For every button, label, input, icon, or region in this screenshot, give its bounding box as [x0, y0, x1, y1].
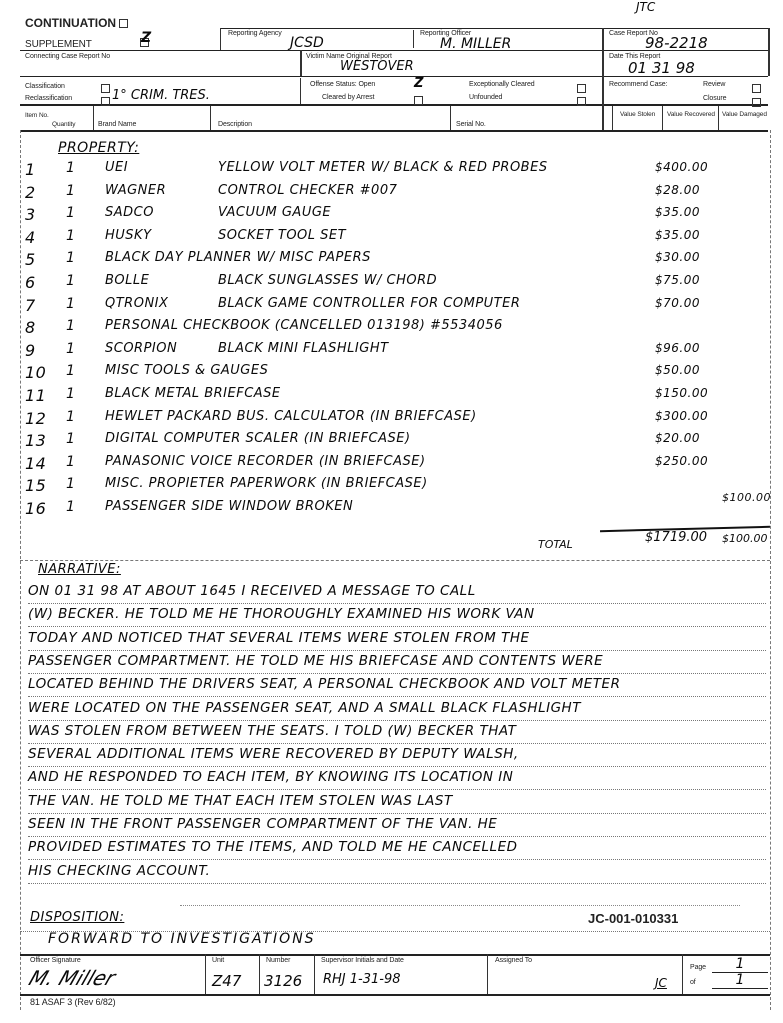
- continuation-label: CONTINUATION: [25, 16, 128, 30]
- narrative-line: THE VAN. HE TOLD ME THAT EACH ITEM STOLE…: [28, 790, 766, 814]
- exceptionally-cleared-label: Exceptionally Cleared: [469, 81, 535, 88]
- property-row: 161PASSENGER SIDE WINDOW BROKEN$100.00: [0, 499, 783, 521]
- narrative-line: WERE LOCATED ON THE PASSENGER SEAT, AND …: [28, 697, 766, 721]
- page-label: Page: [690, 964, 706, 971]
- reporting-agency-value: JCSD: [290, 35, 324, 51]
- item-value-stolen: $20.00: [655, 431, 700, 445]
- item-description: DIGITAL COMPUTER SCALER (IN BRIEFCASE): [105, 431, 411, 446]
- col-serial-no: Serial No.: [456, 121, 486, 128]
- item-description: YELLOW VOLT METER W/ BLACK & RED PROBES: [218, 160, 548, 175]
- item-brand: HUSKY: [105, 228, 152, 243]
- property-row: 121HEWLET PACKARD BUS. CALCULATOR (IN BR…: [0, 409, 783, 431]
- col-value-stolen: Value Stolen: [620, 111, 660, 119]
- item-quantity: 1: [66, 296, 75, 312]
- item-value-stolen: $150.00: [655, 386, 708, 400]
- reclassification-label: Reclassification: [25, 95, 72, 102]
- col-quantity: Quantity: [52, 121, 75, 128]
- item-value-damaged: $100.00: [722, 491, 771, 504]
- item-number: 1: [25, 160, 36, 179]
- item-quantity: 1: [66, 431, 75, 447]
- narrative-line: TODAY AND NOTICED THAT SEVERAL ITEMS WER…: [28, 627, 766, 651]
- item-number: 8: [25, 318, 36, 337]
- narrative-line: PROVIDED ESTIMATES TO THE ITEMS, AND TOL…: [28, 836, 766, 860]
- item-value-stolen: $28.00: [655, 183, 700, 197]
- item-value-stolen: $96.00: [655, 341, 700, 355]
- narrative-line: ON 01 31 98 AT ABOUT 1645 I RECEIVED A M…: [28, 580, 766, 604]
- review-label: Review: [703, 81, 725, 88]
- number-value: 3126: [264, 972, 302, 990]
- total-label: TOTAL: [538, 538, 573, 551]
- reporting-agency-label: Reporting Agency: [228, 30, 282, 37]
- item-number: 4: [25, 228, 36, 247]
- property-row: 101MISC TOOLS & GAUGES$50.00: [0, 363, 783, 385]
- item-value-stolen: $70.00: [655, 296, 700, 310]
- property-row: 21WAGNERCONTROL CHECKER #007$28.00: [0, 183, 783, 205]
- col-value-damaged: Value Damaged: [722, 111, 767, 119]
- item-description: CONTROL CHECKER #007: [218, 183, 397, 198]
- narrative-line: (W) BECKER. HE TOLD ME HE THOROUGHLY EXA…: [28, 603, 766, 627]
- disposition-heading: DISPOSITION:: [30, 910, 124, 925]
- item-description: PERSONAL CHECKBOOK (CANCELLED 013198) #5…: [105, 318, 503, 333]
- narrative-line: LOCATED BEHIND THE DRIVERS SEAT, A PERSO…: [28, 673, 766, 697]
- item-quantity: 1: [66, 454, 75, 470]
- classification-label: Classification: [25, 83, 65, 90]
- item-number: 5: [25, 250, 36, 269]
- supervisor-value: RHJ 1-31-98: [323, 972, 401, 987]
- narrative-line: SEEN IN THE FRONT PASSENGER COMPARTMENT …: [28, 813, 766, 837]
- assigned-to-label: Assigned To: [495, 957, 532, 964]
- page-value: 1: [712, 956, 768, 973]
- item-description: VACUUM GAUGE: [218, 205, 331, 220]
- property-row: 11UEIYELLOW VOLT METER W/ BLACK & RED PR…: [0, 160, 783, 182]
- item-value-stolen: $35.00: [655, 205, 700, 219]
- property-row: 151MISC. PROPIETER PAPERWORK (IN BRIEFCA…: [0, 476, 783, 498]
- item-value-stolen: $75.00: [655, 273, 700, 287]
- col-item-no: Item No.: [25, 112, 65, 120]
- item-number: 11: [25, 386, 46, 405]
- item-number: 12: [25, 409, 46, 428]
- item-number: 3: [25, 205, 36, 224]
- unfounded-label: Unfounded: [469, 94, 502, 101]
- offense-status-open-mark[interactable]: Z: [414, 76, 423, 91]
- item-number: 10: [25, 363, 46, 382]
- officer-signature-label: Officer Signature: [30, 957, 81, 964]
- item-value-stolen: $300.00: [655, 409, 708, 423]
- item-quantity: 1: [66, 499, 75, 515]
- item-quantity: 1: [66, 228, 75, 244]
- offense-status-open-label: Offense Status: Open: [310, 81, 375, 88]
- item-brand: QTRONIX: [105, 296, 168, 311]
- item-description: MISC. PROPIETER PAPERWORK (IN BRIEFCASE): [105, 476, 428, 491]
- item-brand: SCORPION: [105, 341, 177, 356]
- victim-name-value: WESTOVER: [340, 59, 414, 74]
- item-number: 16: [25, 499, 46, 518]
- item-value-stolen: $50.00: [655, 363, 700, 377]
- unfounded-checkbox[interactable]: [577, 93, 586, 111]
- item-number: 7: [25, 296, 36, 315]
- item-description: PASSENGER SIDE WINDOW BROKEN: [105, 499, 353, 514]
- item-quantity: 1: [66, 273, 75, 289]
- property-row: 31SADCOVACUUM GAUGE$35.00: [0, 205, 783, 227]
- item-brand: WAGNER: [105, 183, 166, 198]
- property-row: 61BOLLEBLACK SUNGLASSES W/ CHORD$75.00: [0, 273, 783, 295]
- supervisor-label: Supervisor Initials and Date: [321, 957, 404, 964]
- item-quantity: 1: [66, 183, 75, 199]
- item-value-stolen: $30.00: [655, 250, 700, 264]
- reporting-officer-value: M. MILLER: [440, 36, 511, 52]
- item-number: 15: [25, 476, 46, 495]
- cleared-by-arrest-label: Cleared by Arrest: [322, 94, 374, 101]
- col-brand-name: Brand Name: [98, 121, 136, 128]
- item-description: PANASONIC VOICE RECORDER (IN BRIEFCASE): [105, 454, 426, 469]
- col-value-recovered: Value Recovered: [667, 111, 717, 119]
- property-row: 51BLACK DAY PLANNER W/ MISC PAPERS$30.00: [0, 250, 783, 272]
- item-value-stolen: $250.00: [655, 454, 708, 468]
- narrative-line: WAS STOLEN FROM BETWEEN THE SEATS. I TOL…: [28, 720, 766, 744]
- supplement-label: SUPPLEMENT: [25, 39, 92, 50]
- total-stolen: $1719.00: [645, 530, 707, 545]
- item-quantity: 1: [66, 341, 75, 357]
- continuation-checkbox[interactable]: [119, 19, 128, 28]
- item-quantity: 1: [66, 160, 75, 176]
- case-report-no-value: 98-2218: [645, 34, 708, 52]
- cleared-by-arrest-checkbox[interactable]: [414, 92, 423, 110]
- item-description: MISC TOOLS & GAUGES: [105, 363, 268, 378]
- item-quantity: 1: [66, 386, 75, 402]
- property-row: 91SCORPIONBLACK MINI FLASHLIGHT$96.00: [0, 341, 783, 363]
- item-quantity: 1: [66, 318, 75, 334]
- item-brand: BOLLE: [105, 273, 149, 288]
- property-row: 141PANASONIC VOICE RECORDER (IN BRIEFCAS…: [0, 454, 783, 476]
- item-description: BLACK GAME CONTROLLER FOR COMPUTER: [218, 296, 520, 311]
- narrative-line: AND HE RESPONDED TO EACH ITEM, BY KNOWIN…: [28, 766, 766, 790]
- property-row: 71QTRONIXBLACK GAME CONTROLLER FOR COMPU…: [0, 296, 783, 318]
- reclassification-checkbox[interactable]: [101, 93, 110, 111]
- item-number: 2: [25, 183, 36, 202]
- disposition-value: FORWARD TO INVESTIGATIONS: [48, 931, 316, 947]
- item-number: 6: [25, 273, 36, 292]
- assigned-to-value: JC: [655, 976, 667, 990]
- closure-checkbox[interactable]: [752, 94, 761, 112]
- total-damaged: $100.00: [722, 532, 768, 545]
- item-brand: SADCO: [105, 205, 154, 220]
- supplement-check-mark: Z: [141, 30, 151, 46]
- property-row: 111BLACK METAL BRIEFCASE$150.00: [0, 386, 783, 408]
- item-value-stolen: $35.00: [655, 228, 700, 242]
- item-number: 9: [25, 341, 36, 360]
- unit-value: Z47: [212, 972, 241, 990]
- item-quantity: 1: [66, 476, 75, 492]
- unit-label: Unit: [212, 957, 224, 964]
- item-description: BLACK MINI FLASHLIGHT: [218, 341, 389, 356]
- number-label: Number: [266, 957, 290, 964]
- property-row: 131DIGITAL COMPUTER SCALER (IN BRIEFCASE…: [0, 431, 783, 453]
- property-heading: PROPERTY:: [58, 140, 139, 156]
- connecting-case-label: Connecting Case Report No: [25, 53, 110, 60]
- form-id: 81 ASAF 3 (Rev 6/82): [30, 997, 116, 1007]
- recommend-case-label: Recommend Case:: [609, 81, 667, 88]
- item-description: BLACK METAL BRIEFCASE: [105, 386, 281, 401]
- item-description: BLACK SUNGLASSES W/ CHORD: [218, 273, 437, 288]
- item-description: SOCKET TOOL SET: [218, 228, 346, 243]
- item-number: 13: [25, 431, 46, 450]
- item-value-stolen: $400.00: [655, 160, 708, 174]
- property-row: 41HUSKYSOCKET TOOL SET$35.00: [0, 228, 783, 250]
- item-quantity: 1: [66, 409, 75, 425]
- date-this-report-value: 01 31 98: [628, 59, 695, 77]
- narrative-line: PASSENGER COMPARTMENT. HE TOLD ME HIS BR…: [28, 650, 766, 674]
- item-brand: UEI: [105, 160, 128, 175]
- document-id: JC-001-010331: [588, 911, 678, 926]
- stamp-mark: JTC: [636, 0, 655, 14]
- classification-value: 1° CRIM. TRES.: [112, 88, 210, 103]
- property-row: 81PERSONAL CHECKBOOK (CANCELLED 013198) …: [0, 318, 783, 340]
- of-value: 1: [712, 972, 768, 989]
- narrative-line: HIS CHECKING ACCOUNT.: [28, 860, 766, 884]
- col-description: Description: [218, 121, 252, 128]
- item-quantity: 1: [66, 363, 75, 379]
- item-description: BLACK DAY PLANNER W/ MISC PAPERS: [105, 250, 371, 265]
- narrative-heading: NARRATIVE:: [38, 562, 121, 577]
- item-quantity: 1: [66, 205, 75, 221]
- item-description: HEWLET PACKARD BUS. CALCULATOR (IN BRIEF…: [105, 409, 477, 424]
- item-quantity: 1: [66, 250, 75, 266]
- narrative-line: SEVERAL ADDITIONAL ITEMS WERE RECOVERED …: [28, 743, 766, 767]
- of-label: of: [690, 979, 696, 986]
- item-number: 14: [25, 454, 46, 473]
- closure-label: Closure: [703, 95, 726, 102]
- officer-signature: M. Miller: [26, 966, 119, 990]
